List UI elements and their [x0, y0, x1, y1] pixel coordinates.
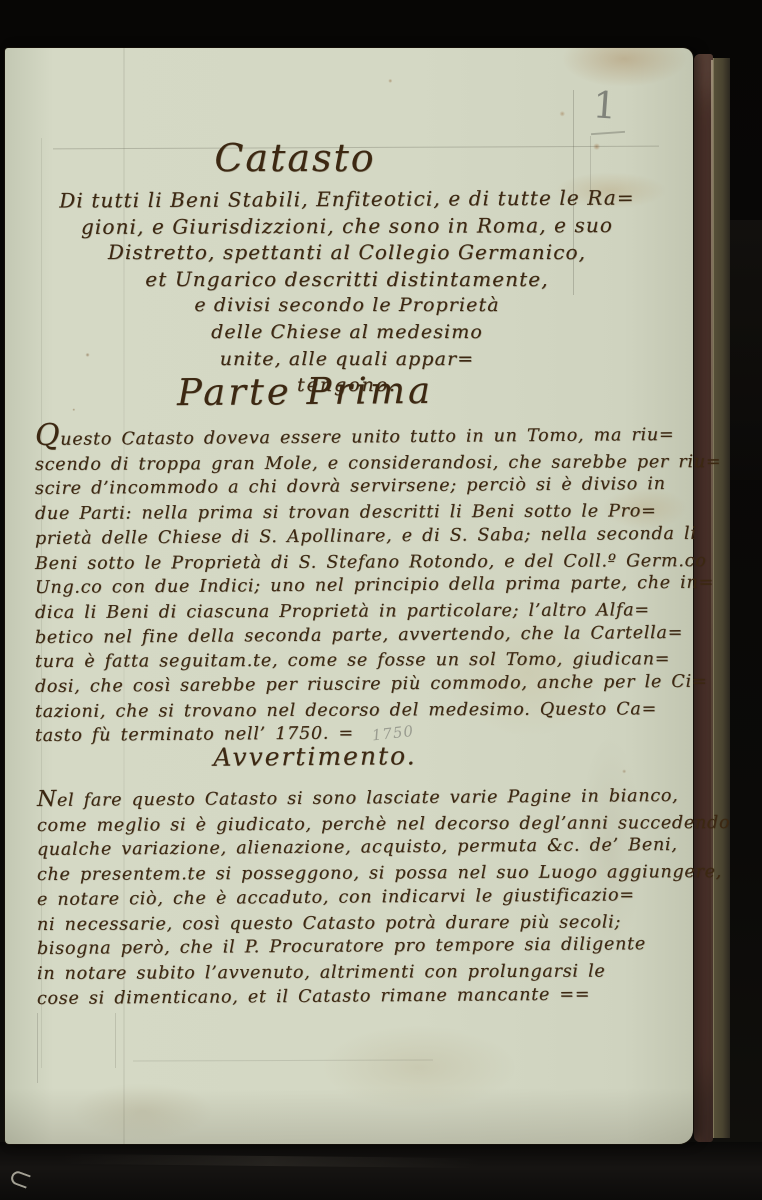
- manuscript-line: qualche variazione, alienazione, acquist…: [37, 833, 685, 863]
- pencil-rule-bottom-left: [37, 1013, 38, 1083]
- manuscript-line: betico nel fine della seconda parte, avv…: [35, 621, 683, 651]
- subtitle-line: Di tutti li Beni Stabili, Enfiteotici, e…: [41, 184, 653, 214]
- manuscript-line: prietà delle Chiese di S. Apollinare, e …: [35, 522, 683, 552]
- photo-backdrop: 1 Catasto Di tutti li Beni Stabili, Enfi…: [0, 0, 762, 1200]
- manuscript-line: Ung.co con due Indici; uno nel principio…: [35, 571, 683, 601]
- backdrop-panel: [728, 220, 762, 480]
- page-number-pencil: 1: [592, 83, 618, 128]
- manuscript-page: 1 Catasto Di tutti li Beni Stabili, Enfi…: [5, 48, 693, 1144]
- subtitle-line: delle Chiese al medesimo: [41, 319, 653, 346]
- page-bottom-shading: [5, 1088, 693, 1144]
- heading-avvertimento: Avvertimento.: [125, 741, 505, 773]
- subtitle-line: e divisi secondo le Proprietà: [41, 292, 653, 319]
- book-fore-edge-pages: [713, 58, 730, 1138]
- paragraph-avvertimento: Nel fare questo Catasto si sono lasciate…: [37, 788, 685, 1011]
- page-number-underline: [591, 131, 625, 135]
- manuscript-line: Nel fare questo Catasto si sono lasciate…: [37, 783, 685, 814]
- table-surface: [0, 1142, 762, 1200]
- pencil-rule-bottom: [133, 1059, 433, 1061]
- heading-parte-prima: Parte Prima: [115, 368, 495, 414]
- manuscript-line: Questo Catasto doveva essere unito tutto…: [35, 419, 683, 453]
- subtitle-line: Distretto, spettanti al Collegio Germani…: [41, 239, 653, 266]
- subtitle-line: et Ungarico descritti distintamente,: [41, 266, 653, 293]
- subtitle-line: gioni, e Giurisdizzioni, che sono in Rom…: [41, 212, 653, 241]
- manuscript-subtitle: Di tutti li Beni Stabili, Enfiteotici, e…: [41, 186, 653, 399]
- manuscript-line: scire d’incommodo a chi dovrà servirsene…: [35, 472, 683, 502]
- manuscript-line: cose si dimenticano, et il Catasto riman…: [37, 982, 685, 1012]
- manuscript-line: dosi, che così sarebbe per riuscire più …: [35, 670, 683, 700]
- pencil-rule-bottom-left-2: [115, 1013, 116, 1068]
- manuscript-title: Catasto: [105, 136, 485, 180]
- manuscript-line: bisogna però, che il P. Procuratore pro …: [37, 932, 685, 962]
- manuscript-line: e notare ciò, che è accaduto, con indica…: [37, 883, 685, 913]
- subtitle-line: unite, alle quali appar=: [41, 346, 653, 373]
- paragraph-parte-prima: Questo Catasto doveva essere unito tutto…: [35, 424, 683, 749]
